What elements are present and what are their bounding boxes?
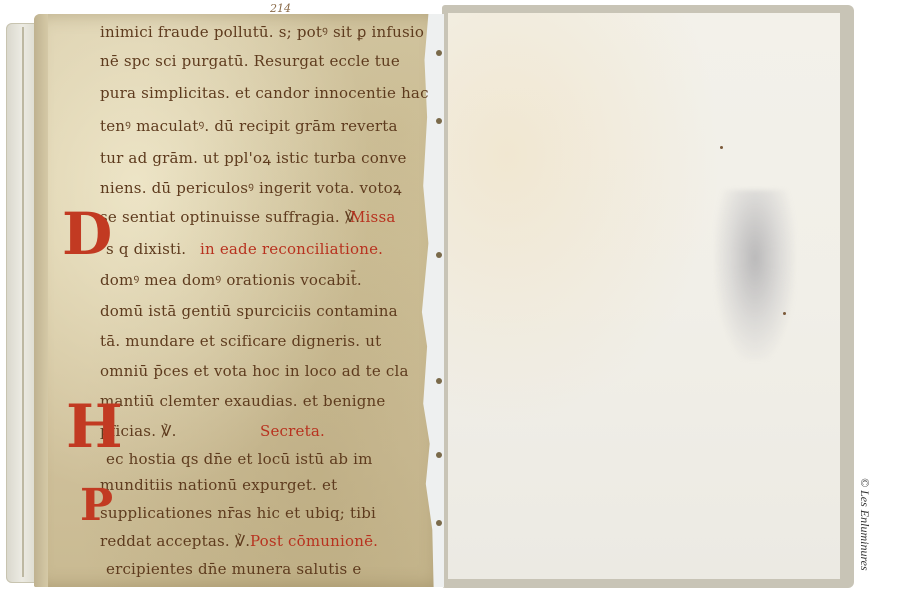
manuscript-photo: 214 inimici fraude pollutū. s; potꝰ sit … [0,0,909,600]
text-line: s q dixisti. [106,240,186,258]
text-line: domꝰ mea domꝰ orationis vocabit̄. [100,270,362,290]
speck [783,312,786,315]
text-line: nē spc sci purgatū. Resurgat eccle tue [100,52,400,70]
text-line: omniū p̄ces et vota hoc in loco ad te cl… [100,362,409,380]
binding-stitch [436,252,442,258]
text-line: pura simplicitas. et candor innocentie h… [100,84,429,102]
binding-stitch [436,520,442,526]
binding-stitch [436,452,442,458]
binding-stitch [436,50,442,56]
rubric-missa: Missa [350,208,396,226]
text-line: se sentiat optinuisse suffragia. ℣. [100,208,360,226]
rubric-reconciliatione: in eade reconciliatione. [200,240,383,258]
rubric-secreta: Secreta. [260,422,325,440]
text-line: mantiū clemter exaudias. et benigne [100,392,386,410]
text-line: munditiis nationū expurget. et [100,476,337,494]
binding-stitch [436,118,442,124]
text-line: domū istā gentiū spurciciis contamina [100,302,398,320]
text-line: tur ad grām. ut ppl'oꝝ istic turba conve [100,148,407,168]
offset-stain [715,190,795,360]
text-line: tenꝰ maculatꝰ. dū recipit grām reverta [100,116,398,136]
text-line: inimici fraude pollutū. s; potꝰ sit ꝑ in… [100,22,424,42]
initial-p: P [80,480,113,531]
initial-h: H [66,392,123,462]
text-line: ercipientes dn̄e munera salutis e [106,560,361,578]
text-line: tā. mundare et scificare digneris. ut [100,332,381,350]
rubric-post-communionem: Post cōmunionē. [250,532,378,550]
left-page-edge [34,14,48,587]
folio-number: 214 [270,2,291,15]
text-line: niens. dū periculosꝰ ingerit vota. votoꝝ [100,178,402,198]
text-line: supplicationes nr̄as hic et ubiq; tibi [100,504,376,522]
text-line: ec hostia qs dn̄e et locū istū ab im [106,450,373,468]
binding-stitch [436,378,442,384]
initial-d: D [62,200,112,268]
copyright-credit: © Les Enluminures [852,478,872,588]
speck [720,146,723,149]
text-line: reddat acceptas. ℣. [100,532,250,550]
